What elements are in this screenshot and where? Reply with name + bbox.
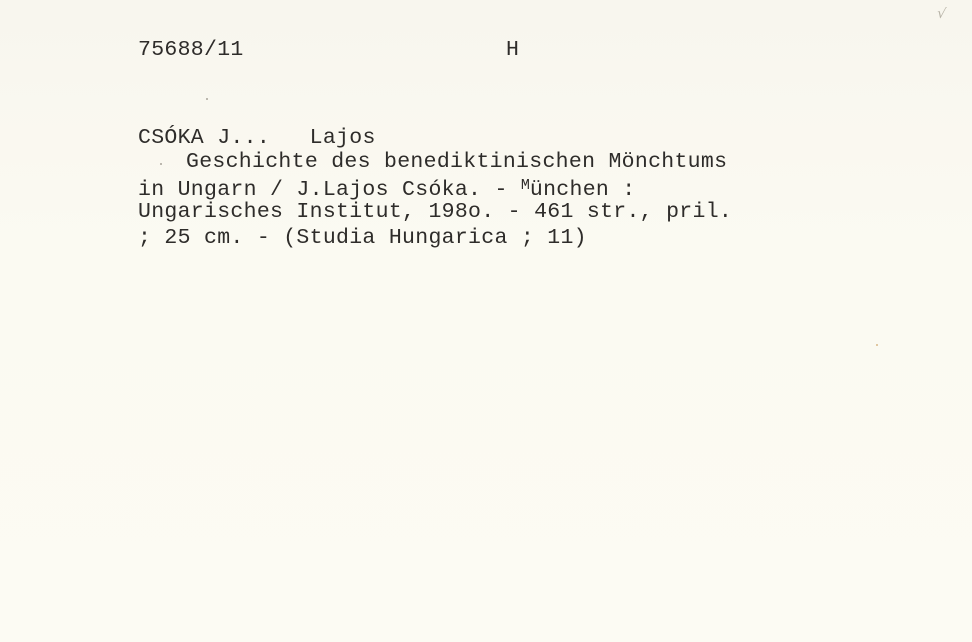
paper-speck xyxy=(876,344,878,346)
catalog-card: √ 75688/11 H CSÓKA J... Lajos Geschichte… xyxy=(0,0,972,642)
paper-speck xyxy=(160,163,162,165)
title-line: Geschichte des benediktinischen Mönchtum… xyxy=(186,150,727,174)
check-mark-icon: √ xyxy=(936,5,947,22)
responsibility-text: in Ungarn / J.Lajos Csóka. - xyxy=(138,178,521,202)
author-given-name: Lajos xyxy=(310,126,376,150)
responsibility-line: in Ungarn / J.Lajos Csóka. - München : xyxy=(138,174,636,202)
paper-speck xyxy=(206,98,208,100)
series-line: ; 25 cm. - (Studia Hungarica ; 11) xyxy=(138,226,587,250)
author-heading: CSÓKA J... Lajos xyxy=(138,126,376,150)
location-code: H xyxy=(506,38,519,62)
place-initial-correction: M xyxy=(521,177,530,194)
call-number: 75688/11 xyxy=(138,38,244,62)
place-text: ünchen : xyxy=(530,178,636,202)
author-surname: CSÓKA J... xyxy=(138,126,270,150)
publication-line: Ungarisches Institut, 198o. - 461 str., … xyxy=(138,200,732,224)
